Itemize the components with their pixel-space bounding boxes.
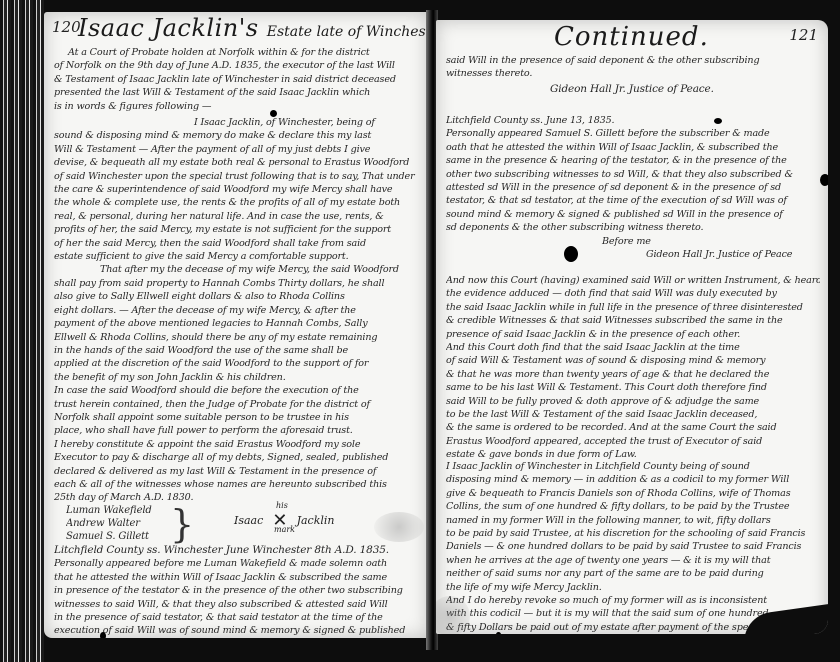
text-line: the whole & complete use, the rents & th… — [54, 196, 420, 209]
text-line: Personally appeared Samuel S. Gillett be… — [446, 127, 820, 140]
text-line: trust herein contained, then the Judge o… — [54, 398, 420, 411]
text-line: That after my the decease of my wife Mer… — [54, 263, 420, 276]
page-number-left: 120 — [52, 18, 81, 36]
text-line: testator, & that sd testator, at the tim… — [446, 194, 820, 207]
text-line: presented the last Will & Testament of t… — [54, 86, 420, 99]
text-line: named in my former Will in the following… — [446, 514, 820, 527]
witness-name: Luman Wakefield — [66, 504, 152, 517]
witness-list: Luman Wakefield Andrew Walter Samuel S. … — [66, 504, 152, 543]
text-line: attested sd Will in the presence of sd d… — [446, 181, 820, 194]
text-line: & Testament of Isaac Jacklin late of Win… — [54, 73, 420, 86]
text-line: is in words & figures following — — [54, 100, 420, 113]
text-line: payment of the above mentioned legacies … — [54, 317, 420, 330]
text-line: of said Winchester upon the special trus… — [54, 170, 420, 183]
text-line: sound mind & memory & signed & published… — [446, 208, 820, 221]
text-line: Litchfield County ss. Winchester June Wi… — [54, 544, 420, 557]
text-line: give & bequeath to Francis Daniels son o… — [446, 487, 820, 500]
book-binding-edge — [0, 0, 44, 662]
page-smudge — [374, 512, 424, 542]
justice-signature: Gideon Hall Jr. Justice of Peace — [446, 248, 820, 261]
text-line: same to be his last Will & Testament. Th… — [446, 381, 820, 394]
ink-blot — [100, 632, 106, 638]
justice-signature: Gideon Hall Jr. Justice of Peace. — [446, 83, 820, 96]
text-line: I Isaac Jacklin of Winchester in Litchfi… — [446, 460, 820, 473]
his-label: his — [276, 501, 288, 510]
estate-subtitle: Estate late of Winchester, deceased — [267, 24, 428, 40]
ink-blot — [714, 118, 722, 124]
text-line: witnesses thereto. — [446, 67, 820, 80]
left-page: 120 Isaac Jacklin's Estate late of Winch… — [44, 12, 428, 638]
text-line: Will & Testament — After the payment of … — [54, 143, 420, 156]
page-smudge — [436, 596, 470, 634]
text-line: the evidence adduced — doth find that sa… — [446, 287, 820, 300]
witness-name: Andrew Walter — [66, 517, 152, 530]
text-line: Ellwell & Rhoda Collins, should there be… — [54, 331, 420, 344]
signature-last-name: Jacklin — [297, 514, 335, 527]
text-line: the life of my wife Mercy Jacklin. — [446, 581, 820, 594]
text-line: of her the said Mercy, then the said Woo… — [54, 237, 420, 250]
text-line: And now this Court (having) examined sai… — [446, 274, 820, 287]
text-line: applied at the discretion of the said Wo… — [54, 357, 420, 370]
text-line: also give to Sally Ellwell eight dollars… — [54, 290, 420, 303]
text-line: declared & delivered as my last Will & T… — [54, 465, 420, 478]
text-line: sd deponents & the other subscribing wit… — [446, 221, 820, 234]
page-number-right: 121 — [789, 26, 818, 44]
text-line: Norfolk shall appoint some suitable pers… — [54, 411, 420, 424]
text-line: Erastus Woodford appeared, accepted the … — [446, 435, 820, 448]
text-line: oath that he attested the within Will of… — [446, 141, 820, 154]
brace-glyph: } — [170, 504, 194, 544]
text-line: & credible Witnesses & that said Witness… — [446, 314, 820, 327]
text-line: said Will in the presence of said depone… — [446, 54, 820, 67]
text-line: real, & personal, during her natural lif… — [54, 210, 420, 223]
text-line: estate sufficient to give the said Mercy… — [54, 250, 420, 263]
text-line: when he arrives at the age of twenty one… — [446, 554, 820, 567]
signature-first-name: Isaac — [234, 514, 263, 527]
text-line: said Will to be fully proved & doth appr… — [446, 395, 820, 408]
text-line: in presence of the testator & in the pre… — [54, 584, 420, 597]
text-line: the benefit of my son John Jacklin & his… — [54, 371, 420, 384]
continuation-text: said Will in the presence of said depone… — [446, 54, 820, 96]
text-line: eight dollars. — After the decease of my… — [54, 304, 420, 317]
estate-name: Isaac Jacklin's — [78, 14, 259, 42]
text-line: the care & superintendence of said Woodf… — [54, 183, 420, 196]
text-line: execution of said Will was of sound mind… — [54, 624, 420, 637]
affidavit-gillett: Litchfield County ss. June 13, 1835. Per… — [446, 114, 820, 261]
affidavit-wakefield: Litchfield County ss. Winchester June Wi… — [54, 544, 420, 638]
right-page: Continued. 121 said Will in the presence… — [436, 20, 828, 634]
text-line: Daniels — & one hundred dollars to be pa… — [446, 540, 820, 553]
codicil: I Isaac Jacklin of Winchester in Litchfi… — [446, 460, 820, 634]
mark-label: mark — [274, 525, 295, 534]
text-line: Executor to pay & discharge all of my de… — [54, 451, 420, 464]
text-line: of said Will & Testament was of sound & … — [446, 354, 820, 367]
court-intro: At a Court of Probate holden at Norfolk … — [54, 46, 420, 113]
estate-heading: Isaac Jacklin's Estate late of Wincheste… — [78, 14, 428, 42]
text-line: In case the said Woodford should die bef… — [54, 384, 420, 397]
witness-name: Samuel S. Gillett — [66, 530, 152, 543]
text-line: Litchfield County ss. June 13, 1835. — [446, 114, 820, 127]
text-line: And I do hereby revoke so much of my for… — [446, 594, 820, 607]
text-line: in the presence of said testator, & that… — [54, 611, 420, 624]
text-line: to be paid by said Trustee, at his discr… — [446, 527, 820, 540]
text-line: And this Court doth find that the said I… — [446, 341, 820, 354]
text-line: presence of said Isaac Jacklin & in the … — [446, 328, 820, 341]
testator-mark-signature: his Isaac ✕ Jacklin mark — [234, 509, 334, 531]
text-line: place, who shall have full power to perf… — [54, 424, 420, 437]
text-line: disposing mind & memory — in addition & … — [446, 473, 820, 486]
text-line: At a Court of Probate holden at Norfolk … — [54, 46, 420, 59]
will-text: I Isaac Jacklin, of Winchester, being of… — [54, 116, 420, 505]
ink-blot — [270, 110, 277, 117]
text-line: & the same is ordered to be recorded. An… — [446, 421, 820, 434]
text-line: witnesses to said Will, & that they also… — [54, 598, 420, 611]
ink-blot — [820, 174, 828, 186]
text-line: devise, & bequeath all my estate both re… — [54, 156, 420, 169]
text-line: to be the last Will & Testament of the s… — [446, 408, 820, 421]
text-line: the said Isaac Jacklin while in full lif… — [446, 301, 820, 314]
text-line: other two subscribing witnesses to sd Wi… — [446, 168, 820, 181]
text-line: same in the presence & hearing of the te… — [446, 154, 820, 167]
text-line: Collins, the sum of one hundred & fifty … — [446, 500, 820, 513]
text-line: neither of said sums nor any part of the… — [446, 567, 820, 580]
before-me-label: Before me — [446, 235, 820, 248]
text-line: that he attested the within Will of Isaa… — [54, 571, 420, 584]
text-line: shall pay from said property to Hannah C… — [54, 277, 420, 290]
text-line: I Isaac Jacklin, of Winchester, being of — [54, 116, 420, 129]
text-line: of Norfolk on the 9th day of June A.D. 1… — [54, 59, 420, 72]
ink-blot — [496, 632, 501, 634]
text-line: Personally appeared before me Luman Wake… — [54, 557, 420, 570]
continued-heading: Continued. — [554, 22, 709, 52]
court-finding: And now this Court (having) examined sai… — [446, 274, 820, 462]
text-line: profits of her, the said Mercy, my estat… — [54, 223, 420, 236]
text-line: & that he was more than twenty years of … — [446, 368, 820, 381]
text-line: 25th day of March A.D. 1830. — [54, 491, 420, 504]
text-line: in the hands of the said Woodford the us… — [54, 344, 420, 357]
text-line: sound & disposing mind & memory do make … — [54, 129, 420, 142]
text-line: each & all of the witnesses whose names … — [54, 478, 420, 491]
text-line: I hereby constitute & appoint the said E… — [54, 438, 420, 451]
ink-blot — [564, 246, 578, 262]
